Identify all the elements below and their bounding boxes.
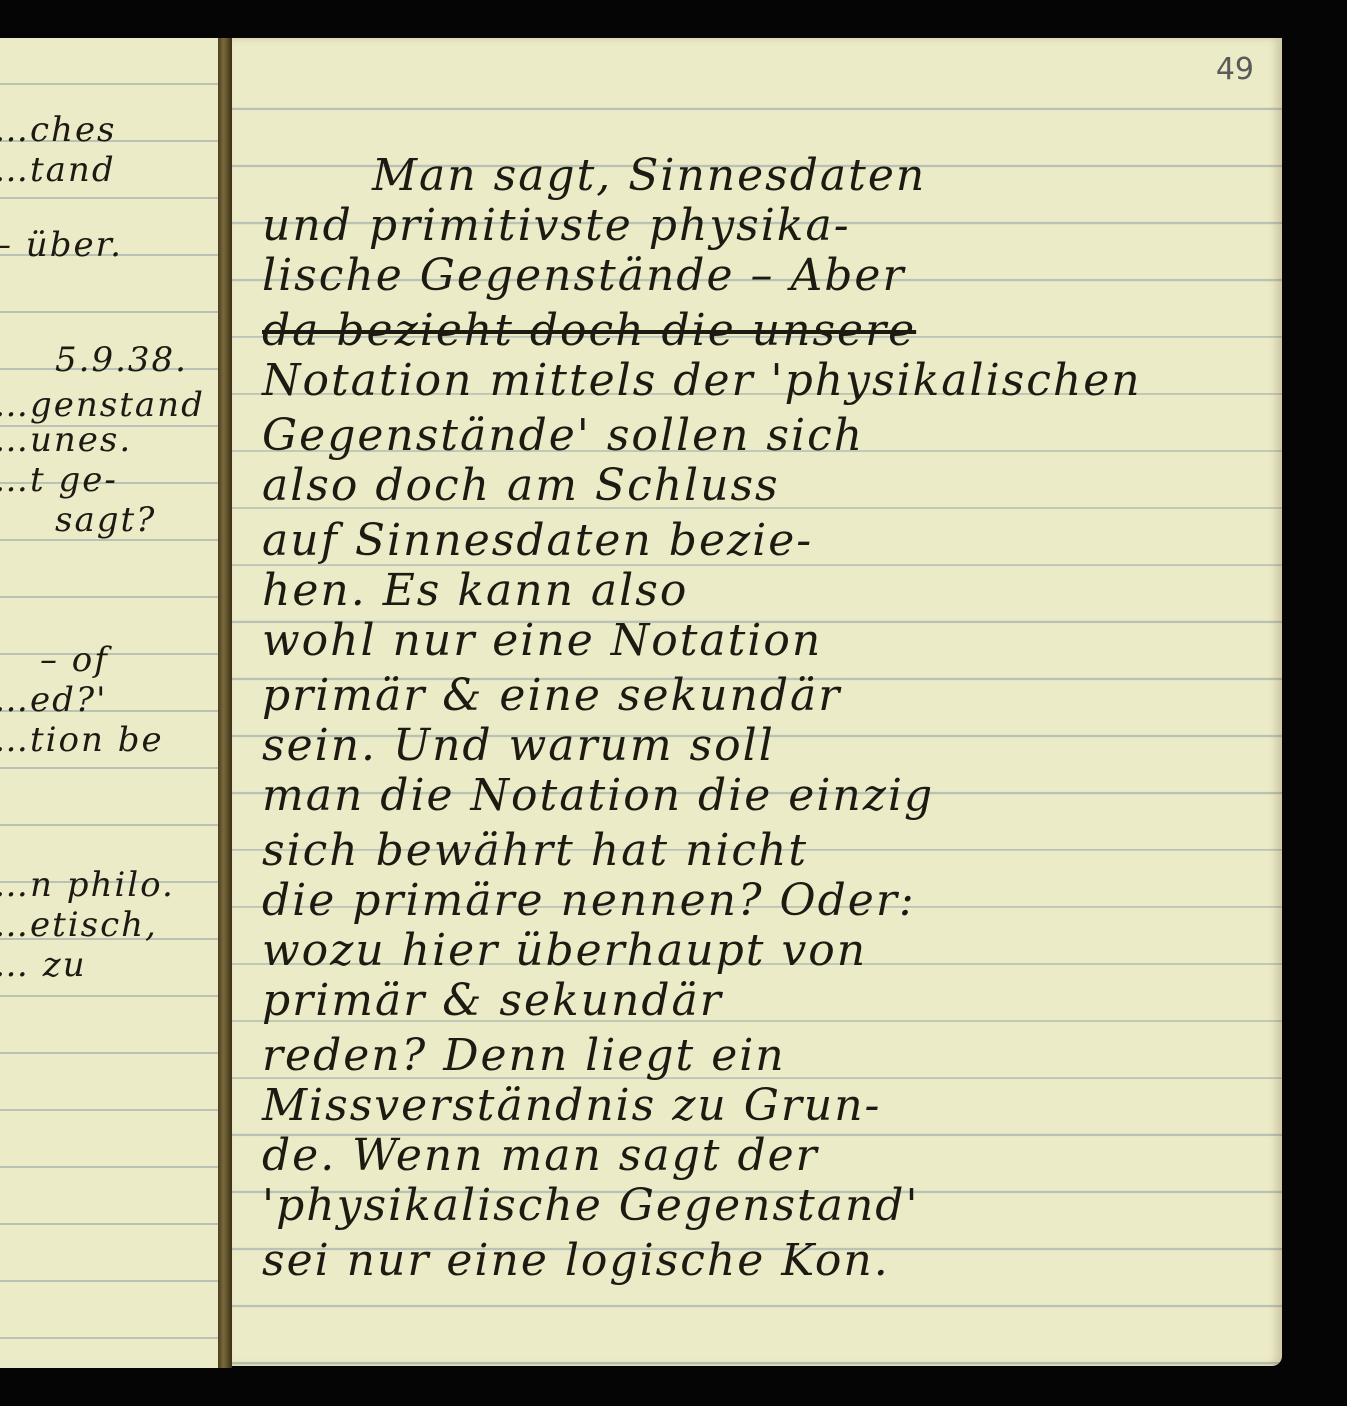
left-page-line: …tion be xyxy=(0,720,164,760)
left-page-line: … zu xyxy=(0,945,87,985)
left-page-line: …etisch, xyxy=(0,905,158,945)
right-page-line: auf Sinnesdaten bezie- xyxy=(262,515,813,566)
right-page-line: sich bewährt hat nicht xyxy=(262,825,808,876)
right-page-line: lische Gegenstände – Aber xyxy=(262,250,905,301)
right-page-line: sei nur eine logische Kon. xyxy=(262,1235,890,1286)
right-page-line: de. Wenn man sagt der xyxy=(262,1130,819,1181)
right-page-line: Notation mittels der 'physikalischen xyxy=(262,355,1142,406)
right-page-line: Man sagt, Sinnesdaten xyxy=(372,150,926,201)
page-number: 49 xyxy=(1216,52,1254,87)
left-page: …ches…tand– über.5.9.38.…genstand…unes.…… xyxy=(0,38,218,1368)
left-page-line: …ed?' xyxy=(0,680,107,720)
right-page-line: Missverständnis zu Grun- xyxy=(262,1080,881,1131)
left-page-line: – of xyxy=(40,640,109,680)
right-page-line: die primäre nennen? Oder: xyxy=(262,875,916,926)
left-page-line: sagt? xyxy=(55,500,156,540)
left-page-line: …unes. xyxy=(0,420,132,460)
left-page-line: …ches xyxy=(0,110,117,150)
right-page-line: primär & eine sekundär xyxy=(262,670,841,721)
right-page: 49 Man sagt, Sinnesdatenund primitivste … xyxy=(232,38,1282,1366)
right-page-line: man die Notation die einzig xyxy=(262,770,934,821)
left-page-line: …n philo. xyxy=(0,865,175,905)
left-page-line: …genstand xyxy=(0,385,205,425)
right-page-line: wohl nur eine Notation xyxy=(262,615,822,666)
notebook-gutter xyxy=(218,38,232,1368)
left-page-line: …tand xyxy=(0,150,116,190)
right-page-line: primär & sekundär xyxy=(262,975,723,1026)
right-page-line: Gegenstände' sollen sich xyxy=(262,410,864,461)
left-page-line: – über. xyxy=(0,225,123,265)
left-page-line: …t ge- xyxy=(0,460,118,500)
right-page-line: also doch am Schluss xyxy=(262,460,780,511)
right-page-line: reden? Denn liegt ein xyxy=(262,1030,786,1081)
left-page-line: 5.9.38. xyxy=(55,340,188,380)
right-page-line: da bezieht doch die unsere xyxy=(262,305,916,356)
right-page-line: und primitivste physika- xyxy=(262,200,851,251)
right-page-line: sein. Und warum soll xyxy=(262,720,775,771)
right-page-line: 'physikalische Gegenstand' xyxy=(262,1180,920,1231)
right-page-line: hen. Es kann also xyxy=(262,565,688,616)
right-page-line: wozu hier überhaupt von xyxy=(262,925,867,976)
